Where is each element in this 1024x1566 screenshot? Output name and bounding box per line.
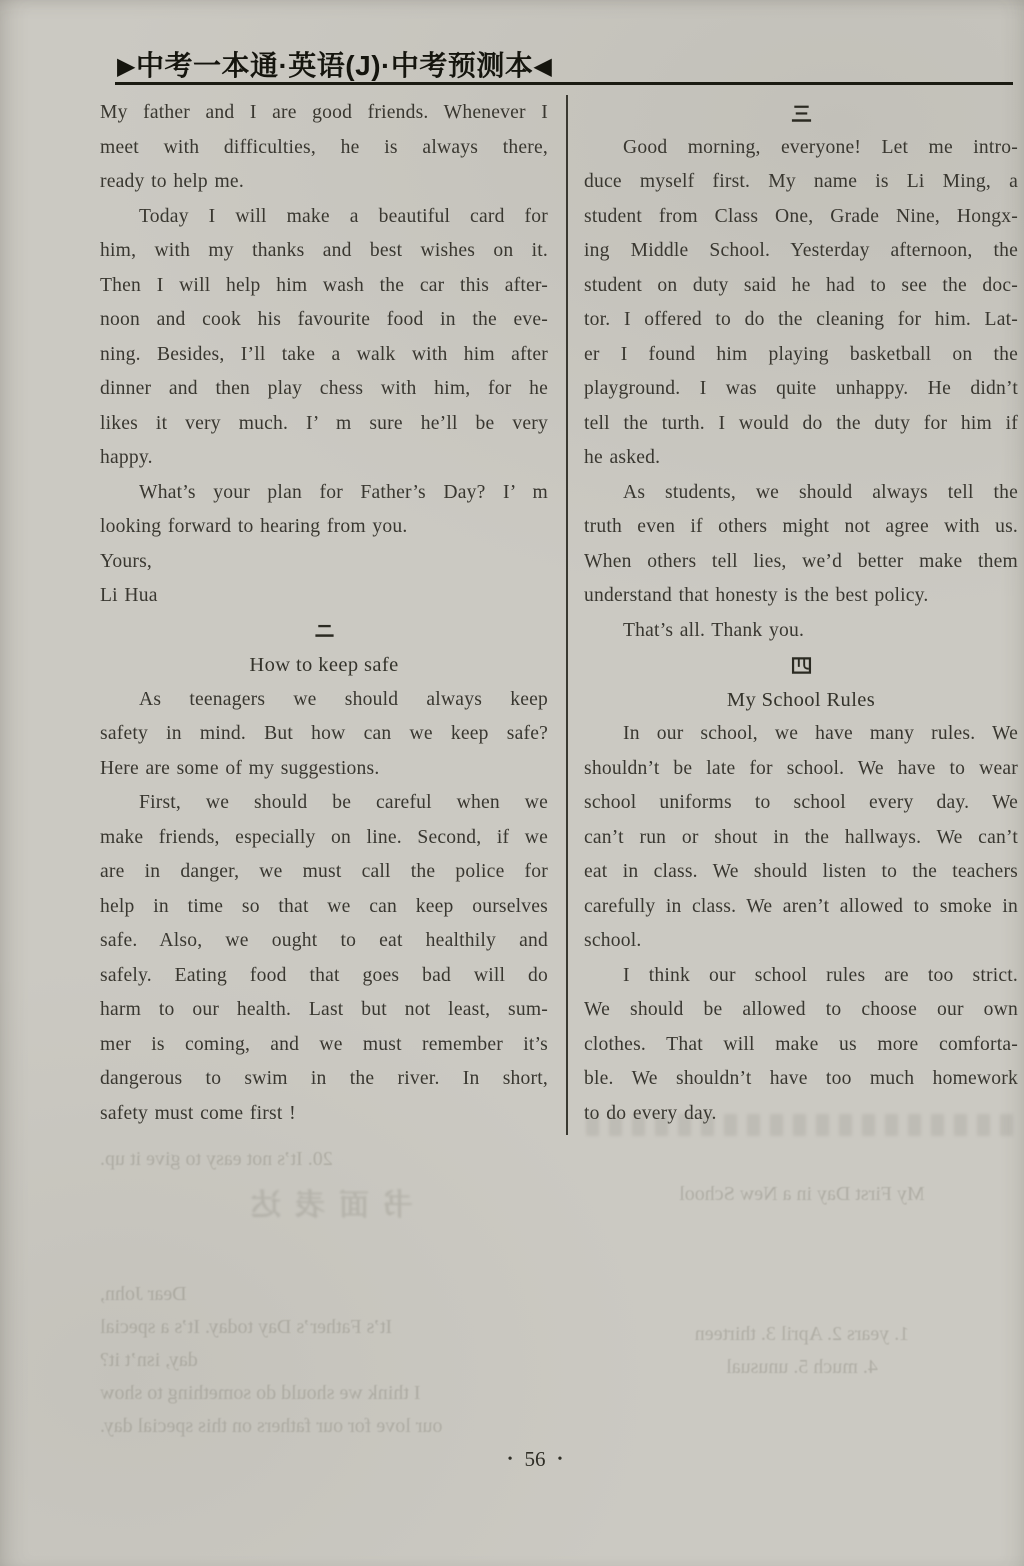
text-line: In our school, we have many rules. We xyxy=(584,717,1018,752)
text-line: noon and cook his favourite food in the … xyxy=(100,303,548,338)
text-line: Here are some of my suggestions. xyxy=(100,752,548,787)
text-line: As students, we should always tell the xyxy=(584,476,1018,511)
text-line: truth even if others might not agree wit… xyxy=(584,510,1018,545)
text-line: As teenagers we should always keep xyxy=(100,683,548,718)
text-line: looking forward to hearing from you. xyxy=(100,510,548,545)
text-line: That’s all. Thank you. xyxy=(584,614,1018,649)
section-number: 二 xyxy=(100,614,548,649)
text-line: When others tell lies, we’d better make … xyxy=(584,545,1018,580)
text-line: clothes. That will make us more comforta… xyxy=(584,1028,1018,1063)
text-line: help in time so that we can keep ourselv… xyxy=(100,890,548,925)
header-rule xyxy=(115,82,1013,85)
page-footer: •56• xyxy=(0,1447,1024,1472)
text-line: tor. I offered to do the cleaning for hi… xyxy=(584,303,1018,338)
text-line: mer is coming, and we must remember it’s xyxy=(100,1028,548,1063)
section-title: My School Rules xyxy=(584,683,1018,718)
ghost-text-line: 书面表达 xyxy=(100,1180,550,1224)
text-line: My father and I are good friends. Whenev… xyxy=(100,96,548,131)
text-line: Then I will help him wash the car this a… xyxy=(100,269,548,304)
text-line: understand that honesty is the best poli… xyxy=(584,579,1018,614)
ghost-text-line: Dear John, xyxy=(100,1283,550,1306)
ghost-text-line: My First Day in a New School xyxy=(590,1183,1014,1206)
text-line: ing Middle School. Yesterday afternoon, … xyxy=(584,234,1018,269)
text-line: er I found him playing basketball on the xyxy=(584,338,1018,373)
ghost-text-line: 1. years 2. April 3. thirteen xyxy=(590,1323,1014,1346)
ghost-text-line: 4. much 5. unusual xyxy=(590,1356,1014,1379)
header-title: 中考一本通·英语(J)·中考预测本 xyxy=(136,50,533,81)
text-line: happy. xyxy=(100,441,548,476)
footer-bullet-left: • xyxy=(496,1452,525,1467)
text-line: harm to our health. Last but not least, … xyxy=(100,993,548,1028)
footer-page-number: 56 xyxy=(525,1447,546,1471)
text-line: ready to help me. xyxy=(100,165,548,200)
ghost-text-line: day, isn’t it? xyxy=(100,1349,550,1372)
section-number: 四 xyxy=(584,648,1018,683)
text-line: dangerous to swim in the river. In short… xyxy=(100,1062,548,1097)
ghost-text-line: our love for our fathers on this special… xyxy=(100,1415,550,1438)
text-line: Today I will make a beautiful card for xyxy=(100,200,548,235)
text-line: playground. I was quite unhappy. He didn… xyxy=(584,372,1018,407)
text-line: dinner and then play chess with him, for… xyxy=(100,372,548,407)
text-line: student from Class One, Grade Nine, Hong… xyxy=(584,200,1018,235)
text-line: tell the turth. I would do the duty for … xyxy=(584,407,1018,442)
footer-bullet-right: • xyxy=(546,1452,575,1467)
text-line: safely. Eating food that goes bad will d… xyxy=(100,959,548,994)
text-line: ble. We shouldn’t have too much homework xyxy=(584,1062,1018,1097)
text-line: I think our school rules are too strict. xyxy=(584,959,1018,994)
text-line: safety must come first ! xyxy=(100,1097,548,1132)
text-line: he asked. xyxy=(584,441,1018,476)
section-title: How to keep safe xyxy=(100,648,548,683)
text-line: First, we should be careful when we xyxy=(100,786,548,821)
ghost-text-line: I think we should do something to show xyxy=(100,1382,550,1405)
text-line: safety in mind. But how can we keep safe… xyxy=(100,717,548,752)
text-line: What’s your plan for Father’s Day? I’ m xyxy=(100,476,548,511)
text-line: Li Hua xyxy=(100,579,548,614)
text-line: likes it very much. I’ m sure he’ll be v… xyxy=(100,407,548,442)
bleed-through-smudge xyxy=(586,1114,1016,1136)
text-line: student on duty said he had to see the d… xyxy=(584,269,1018,304)
ghost-text-line: 20. It’s not easy to give it up. xyxy=(100,1148,550,1171)
text-line: are in danger, we must call the police f… xyxy=(100,855,548,890)
text-line: safe. Also, we ought to eat healthily an… xyxy=(100,924,548,959)
text-line: can’t run or shout in the hallways. We c… xyxy=(584,821,1018,856)
header-right-arrow-icon: ◀ xyxy=(533,53,552,80)
text-line: We should be allowed to choose our own xyxy=(584,993,1018,1028)
text-line: meet with difficulties, he is always the… xyxy=(100,131,548,166)
left-column: My father and I are good friends. Whenev… xyxy=(100,96,548,1131)
text-line: school uniforms to school every day. We xyxy=(584,786,1018,821)
text-line: make friends, especially on line. Second… xyxy=(100,821,548,856)
text-line: eat in class. We should listen to the te… xyxy=(584,855,1018,890)
text-line: ning. Besides, I’ll take a walk with him… xyxy=(100,338,548,373)
text-line: Yours, xyxy=(100,545,548,580)
text-line: shouldn’t be late for school. We have to… xyxy=(584,752,1018,787)
text-line: carefully in class. We aren’t allowed to… xyxy=(584,890,1018,925)
text-line: Good morning, everyone! Let me intro- xyxy=(584,131,1018,166)
column-divider xyxy=(566,95,568,1135)
right-column: 三Good morning, everyone! Let me intro-du… xyxy=(584,96,1018,1131)
text-line: duce myself first. My name is Li Ming, a xyxy=(584,165,1018,200)
text-line: school. xyxy=(584,924,1018,959)
ghost-text-line: It’s Father’s Day today. It’s a special xyxy=(100,1316,550,1339)
section-number: 三 xyxy=(584,96,1018,131)
page-header: ▶中考一本通·英语(J)·中考预测本◀ xyxy=(117,44,552,84)
header-left-arrow-icon: ▶ xyxy=(117,53,136,80)
scanned-page: ▶中考一本通·英语(J)·中考预测本◀ My father and I are … xyxy=(0,0,1024,1566)
text-line: him, with my thanks and best wishes on i… xyxy=(100,234,548,269)
